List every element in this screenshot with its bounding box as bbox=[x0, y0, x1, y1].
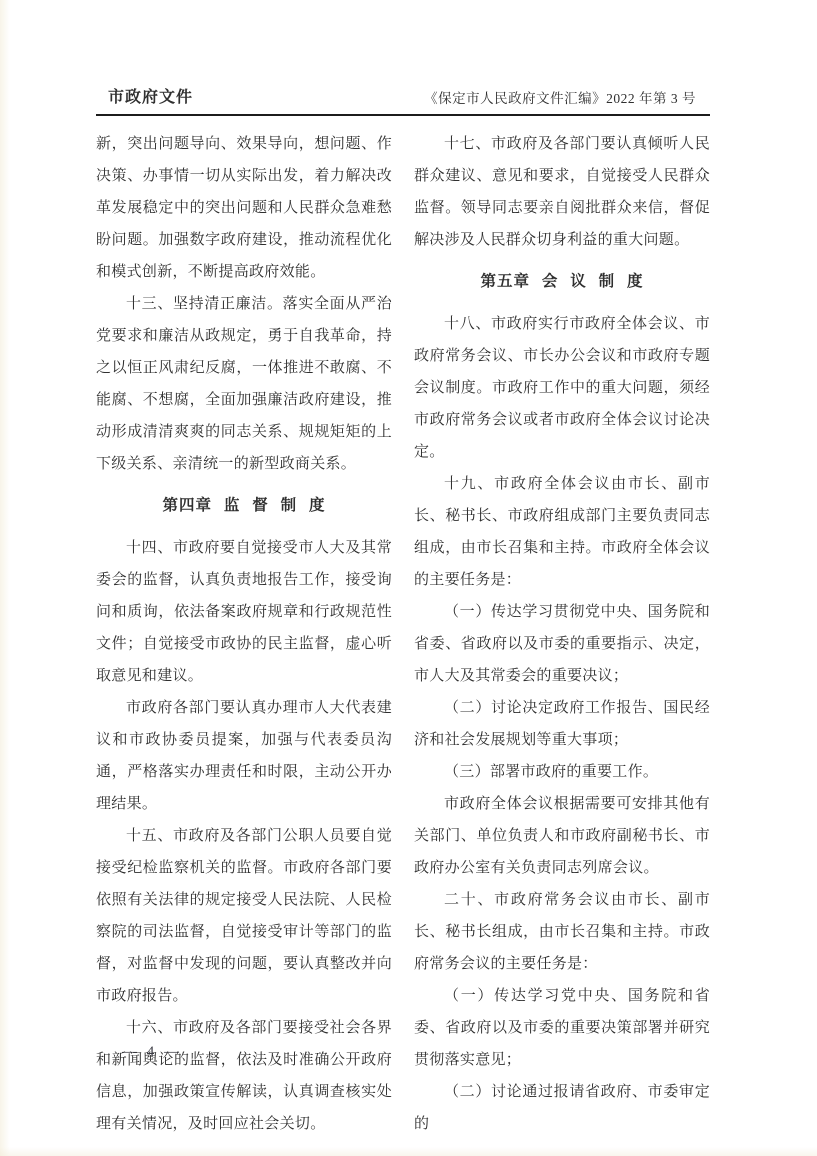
page-header: 市政府文件 《保定市人民政府文件汇编》2022 年第 3 号 bbox=[96, 84, 710, 116]
paragraph-item-19-note: 市政府全体会议根据需要可安排其他有关部门、单位负责人和市政府副秘书长、市政府办公… bbox=[414, 788, 710, 884]
document-page: 市政府文件 《保定市人民政府文件汇编》2022 年第 3 号 新，突出问题导向、… bbox=[0, 0, 817, 1156]
scan-edge-left bbox=[0, 0, 10, 1156]
paragraph-continuation: 新，突出问题导向、效果导向，想问题、作决策、办事情一切从实际出发，着力解决改革发… bbox=[96, 128, 392, 288]
paragraph-item-19-sub-3: （三）部署市政府的重要工作。 bbox=[414, 756, 710, 788]
header-doc-type: 市政府文件 bbox=[108, 84, 193, 107]
paragraph-item-14: 十四、市政府要自觉接受市人大及其常委会的监督，认真负责地报告工作，接受询问和质询… bbox=[96, 532, 392, 692]
paragraph-item-19: 十九、市政府全体会议由市长、副市长、秘书长、市政府组成部门主要负责同志组成，由市… bbox=[414, 468, 710, 596]
paragraph-item-20-sub-1: （一）传达学习党中央、国务院和省委、省政府以及市委的重要决策部署并研究贯彻落实意… bbox=[414, 980, 710, 1076]
paragraph-item-15: 十五、市政府及各部门公职人员要自觉接受纪检监察机关的监督。市政府各部门要依照有关… bbox=[96, 820, 392, 1012]
paragraph-item-17: 十七、市政府及各部门要认真倾听人民群众建议、意见和要求，自觉接受人民群众监督。领… bbox=[414, 128, 710, 256]
scan-edge-bottom bbox=[0, 1147, 817, 1156]
page-content: 市政府文件 《保定市人民政府文件汇编》2022 年第 3 号 新，突出问题导向、… bbox=[96, 84, 710, 1140]
paragraph-item-13: 十三、坚持清正廉洁。落实全面从严治党要求和廉洁从政规定，勇于自我革命，持之以恒正… bbox=[96, 288, 392, 480]
header-compilation-ref: 《保定市人民政府文件汇编》2022 年第 3 号 bbox=[424, 87, 696, 107]
two-column-body: 新，突出问题导向、效果导向，想问题、作决策、办事情一切从实际出发，着力解决改革发… bbox=[96, 128, 710, 1140]
chapter-4-heading: 第四章 监 督 制 度 bbox=[96, 490, 392, 522]
left-column: 新，突出问题导向、效果导向，想问题、作决策、办事情一切从实际出发，着力解决改革发… bbox=[96, 128, 392, 1140]
paragraph-item-19-sub-2: （二）讨论决定政府工作报告、国民经济和社会发展规划等重大事项； bbox=[414, 692, 710, 756]
right-column: 十七、市政府及各部门要认真倾听人民群众建议、意见和要求，自觉接受人民群众监督。领… bbox=[414, 128, 710, 1140]
paragraph-item-20-sub-2: （二）讨论通过报请省政府、市委审定的 bbox=[414, 1076, 710, 1140]
paragraph-item-19-sub-1: （一）传达学习贯彻党中央、国务院和省委、省政府以及市委的重要指示、决定，市人大及… bbox=[414, 596, 710, 692]
paragraph-item-16: 十六、市政府及各部门要接受社会各界和新闻舆论的监督，依法及时准确公开政府信息，加… bbox=[96, 1012, 392, 1140]
paragraph-item-18: 十八、市政府实行市政府全体会议、市政府常务会议、市长办公会议和市政府专题会议制度… bbox=[414, 308, 710, 468]
chapter-5-heading: 第五章 会 议 制 度 bbox=[414, 266, 710, 298]
paragraph-item-14-followup: 市政府各部门要认真办理市人大代表建议和市政协委员提案，加强与代表委员沟通，严格落… bbox=[96, 692, 392, 820]
page-number: — 4 — bbox=[122, 1044, 182, 1061]
paragraph-item-20: 二十、市政府常务会议由市长、副市长、秘书长组成，由市长召集和主持。市政府常务会议… bbox=[414, 884, 710, 980]
